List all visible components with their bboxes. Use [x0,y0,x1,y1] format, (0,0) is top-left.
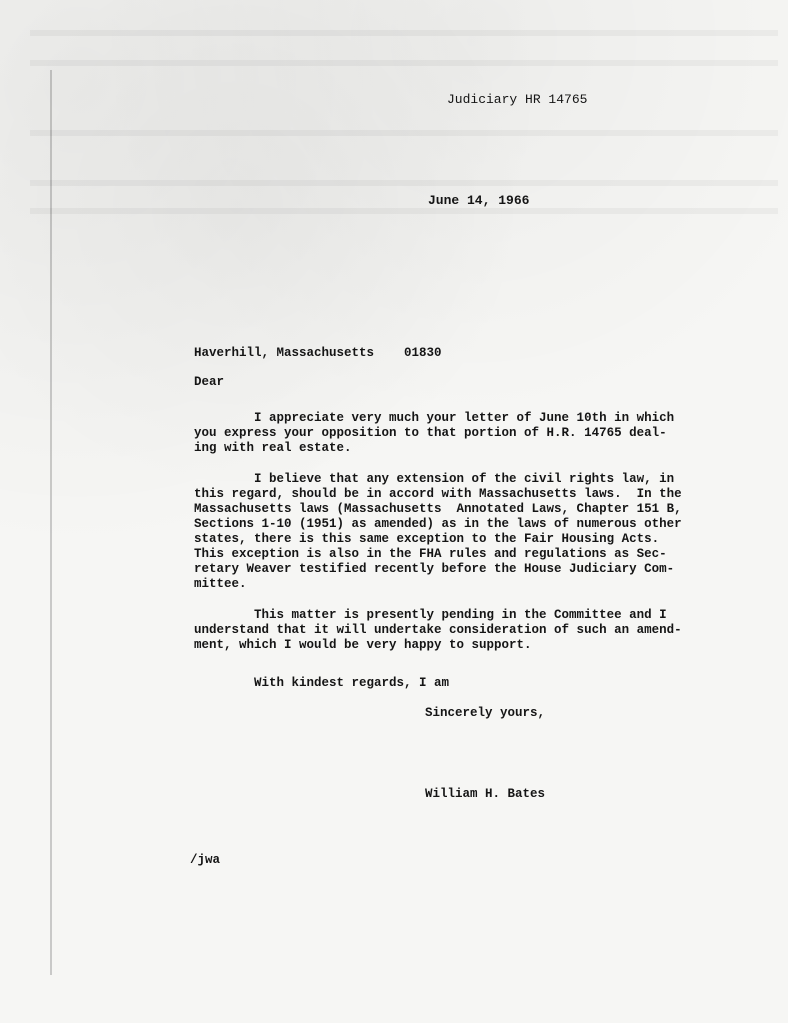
paragraph-3: This matter is presently pending in the … [194,608,714,653]
text-line: retary Weaver testified recently before … [194,562,714,577]
signature-name: William H. Bates [425,787,545,801]
reference-line: Judiciary HR 14765 [447,92,587,107]
paragraph-4: With kindest regards, I am [194,676,714,691]
text-line: this regard, should be in accord with Ma… [194,487,714,502]
text-line: Sections 1-10 (1951) as amended) as in t… [194,517,714,532]
text-line: I appreciate very much your letter of Ju… [194,411,714,426]
paragraph-1: I appreciate very much your letter of Ju… [194,411,714,456]
page-margin-line [50,70,52,975]
salutation: Dear [194,375,224,389]
text-line: This exception is also in the FHA rules … [194,547,714,562]
text-line: This matter is presently pending in the … [194,608,714,623]
text-line: With kindest regards, I am [194,676,714,691]
bleed-through-line [30,30,778,36]
text-line: Massachusetts laws (Massachusetts Annota… [194,502,714,517]
text-line: ing with real estate. [194,441,714,456]
typist-initials: /jwa [190,853,220,867]
bleed-through-line [30,130,778,136]
recipient-address: Haverhill, Massachusetts 01830 [194,346,442,360]
text-line: ment, which I would be very happy to sup… [194,638,714,653]
closing: Sincerely yours, [425,706,545,720]
bleed-through-line [30,208,778,214]
letter-date: June 14, 1966 [428,193,529,208]
text-line: I believe that any extension of the civi… [194,472,714,487]
bleed-through-line [30,60,778,66]
text-line: mittee. [194,577,714,592]
text-line: states, there is this same exception to … [194,532,714,547]
text-line: you express your opposition to that port… [194,426,714,441]
paragraph-2: I believe that any extension of the civi… [194,472,714,592]
bleed-through-line [30,180,778,186]
text-line: understand that it will undertake consid… [194,623,714,638]
